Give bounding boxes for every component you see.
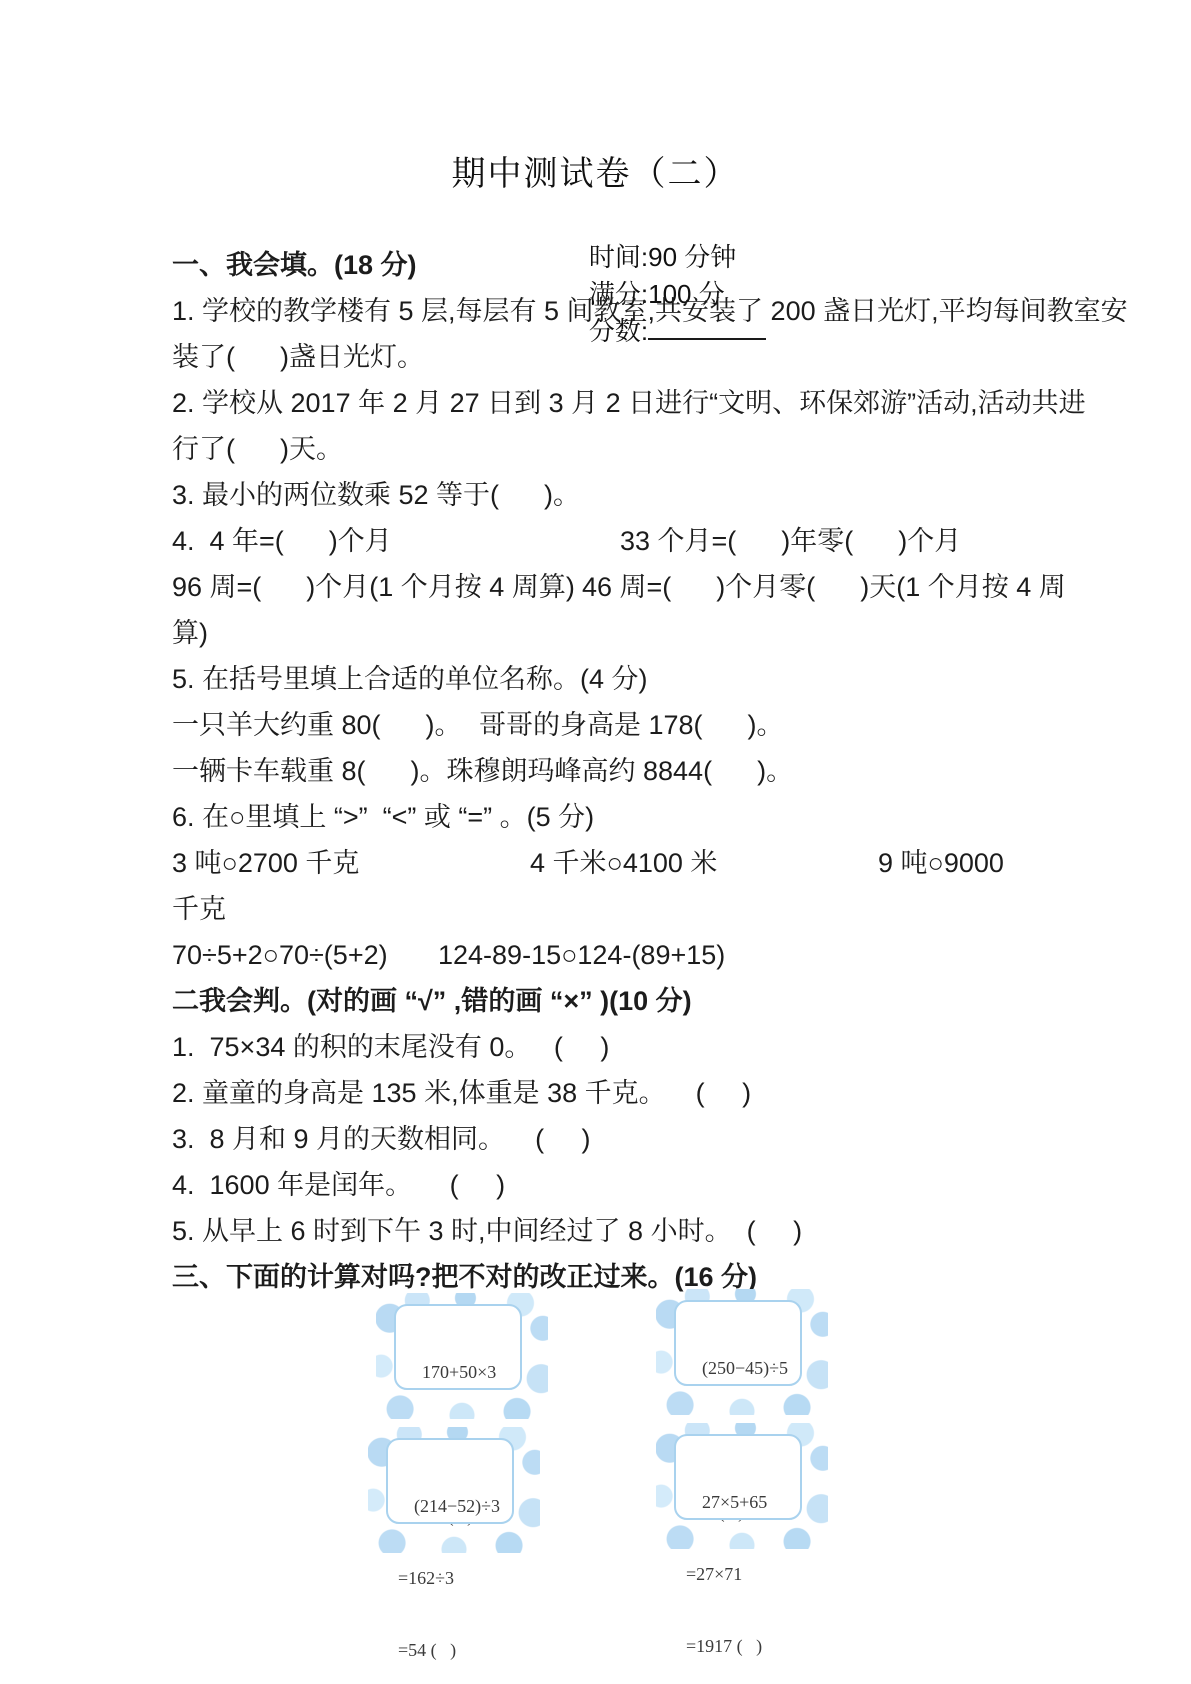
section-judge-heading: 二我会判。(对的画 “√” ,错的画 “×” )(10 分) — [172, 978, 1182, 1024]
calc-box-frame: 27×5+65 =27×71 =1917 ( ) — [656, 1423, 828, 1549]
fill-q4-row1: 4. 4 年=( )个月 33 个月=( )年零( )个月 — [172, 518, 1182, 564]
judge-item: 2. 童童的身高是 135 米,体重是 38 千克。 ( ) — [172, 1070, 1182, 1116]
calc-step: =162÷3 — [398, 1566, 512, 1590]
fill-q5-heading: 5. 在括号里填上合适的单位名称。(4 分) — [172, 656, 1182, 702]
calc-expression: (214−52)÷3 — [398, 1494, 512, 1518]
judge-item: 4. 1600 年是闰年。 ( ) — [172, 1162, 1182, 1208]
fill-q6-row1-col3: 9 吨○9000 — [878, 840, 1004, 886]
fill-q5-row1-col2: 哥哥的身高是 178( )。 — [479, 702, 784, 748]
fill-q6-row2-col2: 124-89-15○124-(89+15) — [438, 932, 725, 978]
fill-q4-row1-col2: 33 个月=( )年零( )个月 — [620, 518, 961, 564]
calc-box-3: (214−52)÷3 =162÷3 =54 ( ) — [386, 1438, 514, 1524]
calc-box-frame: (250−45)÷5 =205÷5 =41 ( ) — [656, 1289, 828, 1415]
judge-item: 5. 从早上 6 时到下午 3 时,中间经过了 8 小时。 ( ) — [172, 1208, 1182, 1254]
calc-expression: (250−45)÷5 — [686, 1356, 800, 1380]
fill-q4-row2-col1: 96 周=( )个月(1 个月按 4 周算) — [172, 564, 575, 610]
calc-result: =1917 ( ) — [686, 1634, 800, 1658]
fill-q5-row1-col1: 一只羊大约重 80( )。 — [172, 702, 462, 748]
fill-q6-row1-wrap: 千克 — [172, 886, 1182, 932]
calc-box-2: (250−45)÷5 =205÷5 =41 ( ) — [674, 1300, 802, 1386]
fill-q1-line2: 装了( )盏日光灯。 — [172, 334, 1182, 380]
fill-q2-line2: 行了( )天。 — [172, 426, 1182, 472]
fill-q6-row1-col1: 3 吨○2700 千克 — [172, 840, 359, 886]
fill-q4-row3: 算) — [172, 610, 1182, 656]
fill-q6-row2: 70÷5+2○70÷(5+2) 124-89-15○124-(89+15) — [172, 932, 1182, 978]
calc-box-1: 170+50×3 =220×3 =660 ( ) — [394, 1304, 522, 1390]
test-paper-page: 期中测试卷（二） 时间:90 分钟 满分:100 分 分数: 一、我会填。(18… — [0, 0, 1191, 1684]
fill-q4-row2: 96 周=( )个月(1 个月按 4 周算) 46 周=( )个月零( )天(1… — [172, 564, 1182, 610]
fill-q6-heading: 6. 在○里填上 “>” “<” 或 “=” 。(5 分) — [172, 794, 1182, 840]
page-title: 期中测试卷（二） — [0, 146, 1191, 195]
fill-q4-row1-col1: 4. 4 年=( )个月 — [172, 518, 392, 564]
fill-q2-line1: 2. 学校从 2017 年 2 月 27 日到 3 月 2 日进行“文明、环保郊… — [172, 380, 1182, 426]
calc-box-frame: (214−52)÷3 =162÷3 =54 ( ) — [368, 1427, 540, 1553]
calc-step: =27×71 — [686, 1562, 800, 1586]
calc-expression: 170+50×3 — [406, 1360, 520, 1384]
fill-q6-row1-col2: 4 千米○4100 米 — [530, 840, 717, 886]
fill-q6-row2-col1: 70÷5+2○70÷(5+2) — [172, 932, 388, 978]
calc-expression: 27×5+65 — [686, 1490, 800, 1514]
calc-box-4: 27×5+65 =27×71 =1917 ( ) — [674, 1434, 802, 1520]
judge-item: 1. 75×34 的积的末尾没有 0。 ( ) — [172, 1024, 1182, 1070]
paper-body: 一、我会填。(18 分) 1. 学校的教学楼有 5 层,每层有 5 间教室,共安… — [172, 242, 1182, 1300]
fill-q6-row1: 3 吨○2700 千克 4 千米○4100 米 9 吨○9000 — [172, 840, 1182, 886]
fill-q1-line1: 1. 学校的教学楼有 5 层,每层有 5 间教室,共安装了 200 盏日光灯,平… — [172, 288, 1182, 334]
calc-result: =54 ( ) — [398, 1638, 512, 1662]
section-fill-heading: 一、我会填。(18 分) — [172, 242, 1182, 288]
fill-q5-row1: 一只羊大约重 80( )。 哥哥的身高是 178( )。 — [172, 702, 1182, 748]
fill-q3: 3. 最小的两位数乘 52 等于( )。 — [172, 472, 1182, 518]
calc-box-frame: 170+50×3 =220×3 =660 ( ) — [376, 1293, 548, 1419]
judge-item: 3. 8 月和 9 月的天数相同。 ( ) — [172, 1116, 1182, 1162]
fill-q5-row2: 一辆卡车载重 8( )。珠穆朗玛峰高约 8844( )。 — [172, 748, 1182, 794]
fill-q4-row2-col2: 46 周=( )个月零( )天(1 个月按 4 周 — [582, 564, 1066, 610]
